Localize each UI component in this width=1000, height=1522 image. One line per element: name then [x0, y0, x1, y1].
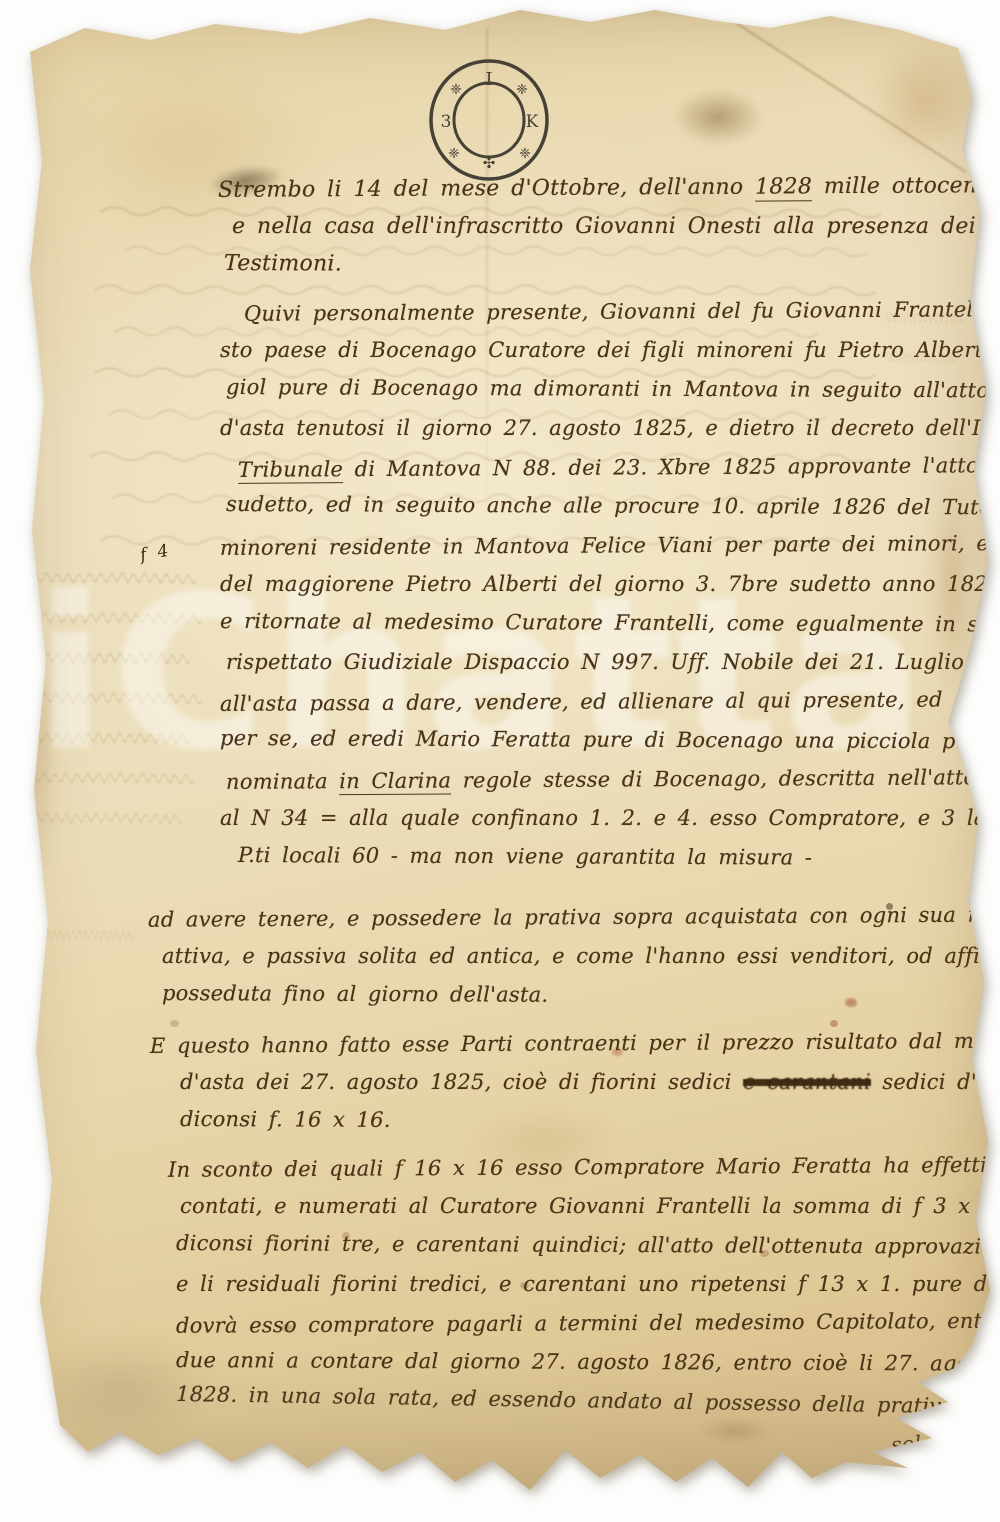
manuscript-line: ad avere tenere, e possedere la prativa …	[148, 895, 1000, 940]
manuscript-line: e li residuali fiorini tredici, e carent…	[176, 1265, 1000, 1304]
stamp-ornament: ❈	[519, 146, 531, 162]
manuscript-line: In sconto dei quali f 16 x 16 esso Compr…	[168, 1145, 1000, 1190]
manuscript-line: e ritornate al medesimo Curatore Frantel…	[220, 602, 1000, 645]
stamp-inner-ring	[454, 83, 524, 157]
manuscript-line: rispettato Giudiziale Dispaccio N 997. U…	[226, 643, 1000, 682]
fold-crease	[714, 8, 967, 173]
stamp-ornament: ❈	[448, 146, 460, 162]
paragraph-opening: Strembo li 14 del mese d'Ottobre, dell'a…	[218, 168, 1000, 285]
stain	[870, 40, 980, 160]
stain	[672, 88, 764, 146]
stamp-letter-top: I	[485, 69, 492, 90]
manuscript-line: posseduta fino al giorno dell'asta.	[162, 974, 1000, 1017]
manuscript-line: P.ti locali 60 - ma non viene garantita …	[238, 836, 1000, 879]
line-text: regole stesse di Bocenago, descritta nel…	[451, 765, 1000, 793]
margin-note: f 4	[139, 540, 174, 565]
manuscript-line: e nella casa dell'infrascritto Giovanni …	[232, 207, 1000, 246]
stamp-ornament: ❈	[516, 82, 528, 98]
line-text: nominata	[226, 769, 339, 794]
line-text: mille ottocento, e ventisette	[812, 172, 1000, 199]
line-text: d'asta dei 27. agosto 1825, cioè di fior…	[180, 1070, 743, 1094]
line-text: Strembo li 14 del mese d'Ottobre, dell'a…	[218, 175, 755, 203]
catchword: solo	[890, 1431, 934, 1459]
struck-word: e carantani	[743, 1070, 871, 1094]
manuscript-line: contati, e numerati al Curatore Giovanni…	[180, 1187, 1000, 1226]
manuscript-line: minoreni residente in Mantova Felice Via…	[220, 523, 1000, 568]
paragraph-body1: Quivi personalmente presente, Giovanni d…	[220, 292, 1000, 877]
paragraph-body3: E questo hanno fatto esse Parti contraen…	[150, 1024, 1000, 1141]
manuscript-line: del maggiorene Pietro Alberti del giorno…	[220, 565, 1000, 604]
manuscript-line: per se, ed eredi Mario Feratta pure di B…	[220, 719, 1000, 762]
manuscript-line: sto paese di Bocenago Curatore dei figli…	[220, 331, 1000, 370]
manuscript-line: E questo hanno fatto esse Parti contraen…	[150, 1021, 1000, 1066]
manuscript-line: d'asta tenutosi il giorno 27. agosto 182…	[220, 409, 1000, 448]
manuscript-line: all'asta passa a dare, vendere, ed allie…	[220, 679, 1000, 724]
stamp-letter-left: 3	[441, 112, 452, 132]
manuscript-line: Tribunale di Mantova N 88. dei 23. Xbre …	[238, 445, 1000, 490]
paragraph-body2: ad avere tenere, e possedere la prativa …	[148, 898, 1000, 1015]
manuscript-line: diconsi fiorini tre, e carentani quindic…	[176, 1224, 1000, 1267]
revenue-stamp: I K 3 ✣ ❈ ❈ ❈ ❈	[424, 58, 554, 184]
manuscript-line: al N 34 = alla quale confinano 1. 2. e 4…	[220, 799, 1000, 838]
underlined-word: Tribunale	[238, 457, 343, 484]
underlined-word: in Clarina	[339, 768, 451, 795]
line-text: di Mantova N 88. dei 23. Xbre 1825 appro…	[343, 453, 1000, 481]
line-text: sedici d'vienna	[871, 1070, 1000, 1094]
manuscript-line: Quivi personalmente presente, Giovanni d…	[244, 289, 1000, 334]
manuscript-line: nominata in Clarina regole stesse di Boc…	[226, 757, 1000, 802]
stamp-letter-right: K	[526, 112, 539, 132]
manuscript-line: dovrà esso compratore pagarli a termini …	[176, 1301, 1000, 1346]
stain	[24, 620, 54, 880]
manuscript-line: sudetto, ed in seguito anche alle procur…	[226, 485, 1000, 528]
underlined-year: 1828	[755, 174, 812, 201]
manuscript-line: giol pure di Bocenago ma dimoranti in Ma…	[226, 368, 1000, 411]
manuscript-page: iChatta I K 3 ✣ ❈ ❈ ❈ ❈ f 4 Strembo li 1…	[0, 0, 1000, 1522]
manuscript-line: d'asta dei 27. agosto 1825, cioè di fior…	[180, 1063, 1000, 1102]
manuscript-line: Strembo li 14 del mese d'Ottobre, dell'a…	[218, 165, 1000, 210]
stamp-ornament: ❈	[450, 82, 462, 98]
scan-background: iChatta I K 3 ✣ ❈ ❈ ❈ ❈ f 4 Strembo li 1…	[0, 0, 1000, 1522]
manuscript-line: attiva, e passiva solita ed antica, e co…	[162, 937, 1000, 976]
manuscript-line: diconsi f. 16 x 16.	[180, 1100, 1000, 1143]
manuscript-line: Testimoni.	[224, 244, 1000, 287]
paragraph-body4: In sconto dei quali f 16 x 16 esso Compr…	[162, 1148, 1000, 1421]
